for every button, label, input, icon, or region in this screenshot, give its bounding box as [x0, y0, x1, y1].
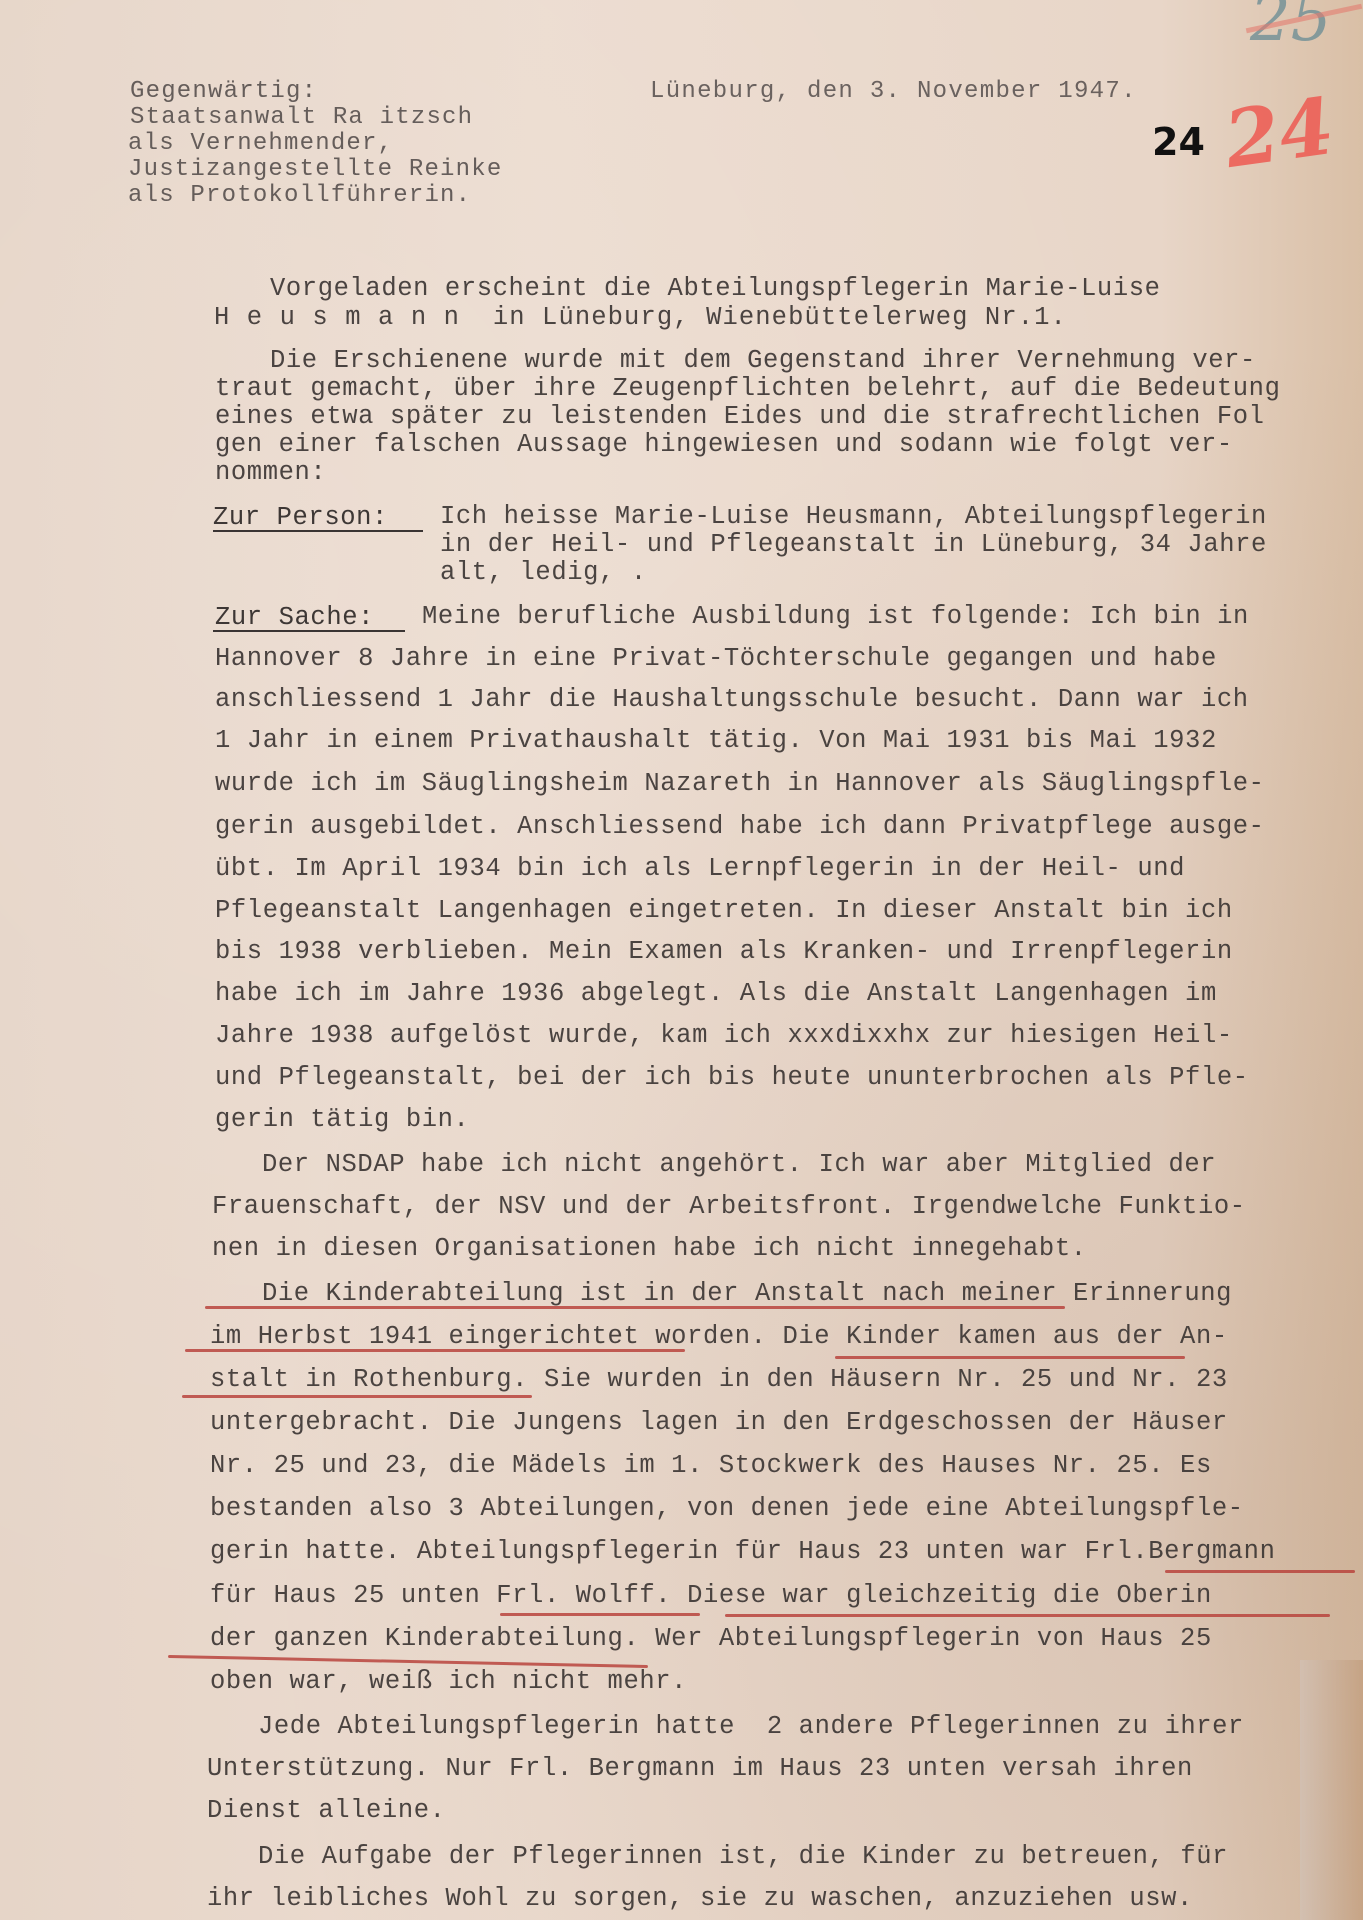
text-line: Pflegeanstalt Langenhagen eingetreten. I…: [215, 897, 1233, 925]
red-underline: [185, 1349, 685, 1352]
label-underline: [213, 530, 423, 532]
text-line: im Herbst 1941 eingerichtet worden. Die …: [210, 1323, 1228, 1351]
text-line: bestanden also 3 Abteilungen, von denen …: [210, 1495, 1244, 1523]
header-line: Staatsanwalt Ra itzsch: [130, 104, 473, 132]
text-line: übt. Im April 1934 bin ich als Lernpfleg…: [215, 855, 1185, 883]
text-line: der ganzen Kinderabteilung. Wer Abteilun…: [210, 1625, 1212, 1653]
text-line: Die Aufgabe der Pflegerinnen ist, die Ki…: [258, 1843, 1228, 1871]
label-underline: [213, 630, 405, 632]
text-line: 1 Jahr in einem Privathaushalt tätig. Vo…: [215, 727, 1217, 755]
text-line: Die Erschienene wurde mit dem Gegenstand…: [270, 347, 1256, 375]
red-underline: [500, 1613, 700, 1616]
red-underline: [182, 1395, 532, 1398]
text-line: traut gemacht, über ihre Zeugenpflichten…: [215, 375, 1280, 403]
text-line: Ich heisse Marie-Luise Heusmann, Abteilu…: [440, 503, 1267, 531]
red-underline: [725, 1614, 1330, 1617]
text-line: Jahre 1938 aufgelöst wurde, kam ich xxxd…: [215, 1022, 1233, 1050]
header-line: als Vernehmender,: [128, 130, 393, 158]
text-line: und Pflegeanstalt, bei der ich bis heute…: [215, 1064, 1249, 1092]
text-line: Meine berufliche Ausbildung ist folgende…: [422, 603, 1249, 631]
text-line: bis 1938 verblieben. Mein Examen als Kra…: [215, 938, 1233, 966]
text-line: Hannover 8 Jahre in eine Privat-Töchters…: [215, 645, 1217, 673]
text-line: Vorgeladen erscheint die Abteilungspfleg…: [270, 275, 1161, 303]
text-line: Der NSDAP habe ich nicht angehört. Ich w…: [262, 1151, 1216, 1179]
text-line: nen in diesen Organisationen habe ich ni…: [212, 1235, 1087, 1263]
text-line: nommen:: [215, 459, 326, 487]
header-line: Gegenwärtig:: [130, 78, 317, 106]
text-line: Frauenschaft, der NSV und der Arbeitsfro…: [212, 1193, 1246, 1221]
header-line: Justizangestellte Reinke: [128, 156, 502, 184]
red-underline: [835, 1356, 1185, 1359]
text-line: gerin ausgebildet. Anschliessend habe ic…: [215, 813, 1265, 841]
text-line: in der Heil- und Pflegeanstalt in Lünebu…: [440, 531, 1267, 559]
text-line: gerin hatte. Abteilungspflegerin für Hau…: [210, 1538, 1275, 1566]
text-line: Nr. 25 und 23, die Mädels im 1. Stockwer…: [210, 1452, 1212, 1480]
text-line: eines etwa später zu leistenden Eides un…: [215, 403, 1265, 431]
text-line: oben war, weiß ich nicht mehr.: [210, 1668, 687, 1696]
red-page-number: 24: [1219, 81, 1339, 186]
text-line: H e u s m a n n in Lüneburg, Wienebüttel…: [214, 304, 1067, 332]
red-underline: [1165, 1570, 1355, 1573]
place-date: Lüneburg, den 3. November 1947.: [650, 78, 1137, 106]
text-line: Dienst alleine.: [207, 1797, 446, 1825]
text-line: Die Kinderabteilung ist in der Anstalt n…: [262, 1280, 1232, 1308]
text-line: Unterstützung. Nur Frl. Bergmann im Haus…: [207, 1755, 1193, 1783]
paper-fold-shadow: [1300, 1660, 1363, 1920]
text-line: für Haus 25 unten Frl. Wolff. Diese war …: [210, 1582, 1212, 1610]
text-line: gen einer falschen Aussage hingewiesen u…: [215, 431, 1233, 459]
text-line: untergebracht. Die Jungens lagen in den …: [210, 1409, 1228, 1437]
section-label: Zur Person:: [213, 503, 388, 532]
red-underline: [205, 1306, 1065, 1309]
text-line: wurde ich im Säuglingsheim Nazareth in H…: [215, 770, 1265, 798]
text-line: alt, ledig, .: [440, 559, 647, 587]
text-line: Jede Abteilungspflegerin hatte 2 andere …: [258, 1713, 1244, 1741]
text-line: ihr leibliches Wohl zu sorgen, sie zu wa…: [207, 1885, 1193, 1913]
header-line: als Protokollführerin.: [128, 182, 471, 210]
typed-page-number: 24: [1152, 120, 1205, 164]
text-line: anschliessend 1 Jahr die Haushaltungssch…: [215, 686, 1249, 714]
section-label: Zur Sache:: [215, 603, 374, 632]
text-line: gerin tätig bin.: [215, 1106, 469, 1134]
text-line: habe ich im Jahre 1936 abgelegt. Als die…: [215, 980, 1217, 1008]
text-line: stalt in Rothenburg. Sie wurden in den H…: [210, 1366, 1228, 1394]
